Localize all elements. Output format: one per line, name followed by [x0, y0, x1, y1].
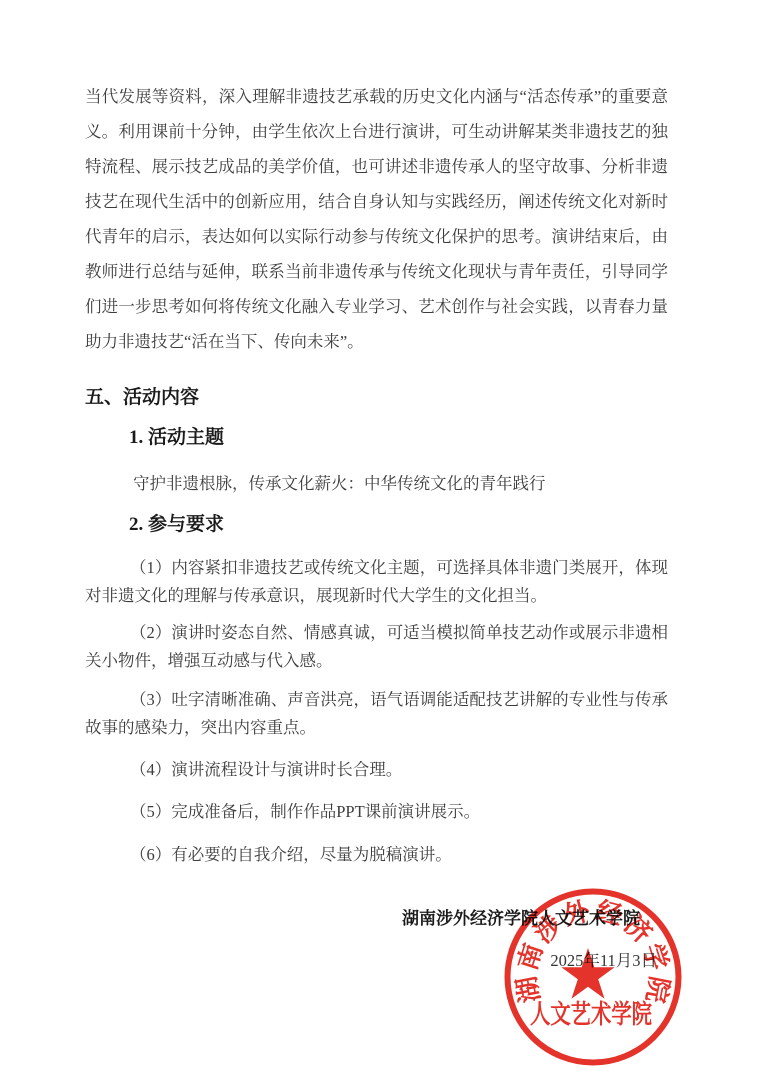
- seal-arc-char: 院: [641, 974, 674, 1005]
- seal-arc-char: 湖: [512, 974, 545, 1005]
- subheading-participation-requirements: 2. 参与要求: [129, 507, 668, 542]
- intro-paragraph: 当代发展等资料，深入理解非遗技艺承载的历史文化内涵与“活态传承”的重要意义。利用…: [85, 79, 668, 359]
- document-page: 当代发展等资料，深入理解非遗技艺承载的历史文化内涵与“活态传承”的重要意义。利用…: [0, 0, 763, 1091]
- theme-text: 守护非遗根脉，传承文化薪火：中华传统文化的青年践行: [133, 466, 668, 501]
- requirement-item-1: （1）内容紧扣非遗技艺或传统文化主题，可选择具体非遗门类展开，体现对非遗文化的理…: [85, 554, 668, 610]
- requirement-item-4: （4）演讲流程设计与演讲时长合理。: [85, 756, 668, 784]
- requirement-item-2: （2）演讲时姿态自然、情感真诚，可适当模拟简单技艺动作或展示非遗相关小物件，增强…: [85, 619, 668, 675]
- section-heading-activity-content: 五、活动内容: [85, 380, 668, 415]
- subheading-activity-theme: 1. 活动主题: [129, 420, 668, 455]
- requirement-item-6: （6）有必要的自我介绍，尽量为脱稿演讲。: [85, 841, 668, 869]
- date-line: 2025年11月3日: [85, 943, 657, 978]
- seal-inner-text: 人文艺术学院: [530, 1000, 652, 1029]
- requirement-item-5: （5）完成准备后，制作作品PPT课前演讲展示。: [85, 798, 668, 826]
- requirement-item-3: （3）吐字清晰准确、声音洪亮，语气语调能适配技艺讲解的专业性与传承故事的感染力，…: [85, 686, 668, 742]
- signature-line: 湖南涉外经济学院人文艺术学院: [85, 901, 640, 936]
